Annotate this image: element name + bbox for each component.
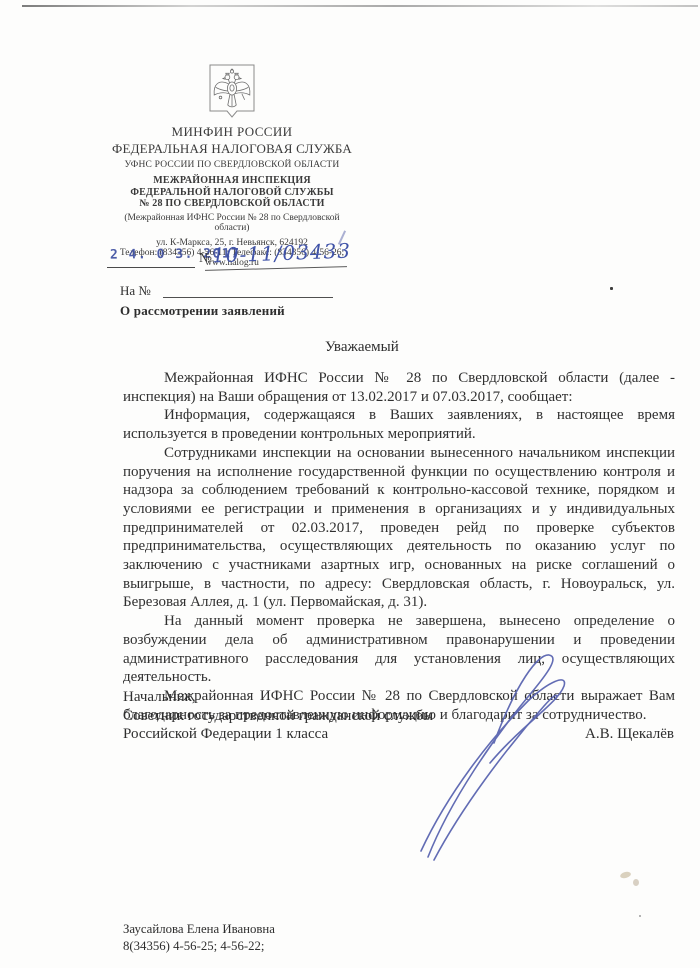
signoff-block: Начальник, Советник государственной граж… xyxy=(123,688,433,744)
signoff-position-line3: Российской Федерации 1 класса xyxy=(123,725,433,744)
paragraph: Сотрудниками инспекции на основании выне… xyxy=(123,444,675,612)
coat-of-arms-icon xyxy=(209,64,255,120)
executor-block: Заусайлова Елена Ивановна 8(34356) 4-56-… xyxy=(123,921,275,955)
scanned-letter-page: МИНФИН РОССИИ ФЕДЕРАЛЬНАЯ НАЛОГОВАЯ СЛУЖ… xyxy=(0,0,700,968)
outgoing-number-handwritten: 10-11/03433 xyxy=(212,239,352,268)
inspection-name-line2: ФЕДЕРАЛЬНОЙ НАЛОГОВОЙ СЛУЖБЫ xyxy=(57,187,407,199)
paragraph: Информация, содержащаяся в Ваших заявлен… xyxy=(123,406,675,443)
signer-name: А.В. Щекалёв xyxy=(585,726,674,743)
scan-speck xyxy=(610,287,613,290)
inspection-name-line1: МЕЖРАЙОННАЯ ИНСПЕКЦИЯ xyxy=(57,175,407,187)
regional-office-name: УФНС РОССИИ ПО СВЕРДЛОВСКОЙ ОБЛАСТИ xyxy=(57,160,407,170)
reply-to-underline xyxy=(163,297,333,298)
ministry-name: МИНФИН РОССИИ xyxy=(57,124,407,140)
date-underline xyxy=(107,267,195,268)
signoff-position-line1: Начальник, xyxy=(123,688,433,707)
handwritten-signature-icon xyxy=(398,645,608,870)
scan-smudge xyxy=(619,871,631,880)
letterhead: МИНФИН РОССИИ ФЕДЕРАЛЬНАЯ НАЛОГОВАЯ СЛУЖ… xyxy=(57,64,407,268)
salutation: Уважаемый xyxy=(325,339,399,356)
inspection-name-line3: № 28 ПО СВЕРДЛОВСКОЙ ОБЛАСТИ xyxy=(57,198,407,210)
paragraph: Межрайонная ИФНС России № 28 по Свердлов… xyxy=(123,369,675,406)
reply-to-label: На № xyxy=(120,283,151,299)
scan-smudge xyxy=(633,879,639,886)
executor-name: Заусайлова Елена Ивановна xyxy=(123,921,275,938)
signoff-position-line2: Советник государственной гражданской слу… xyxy=(123,707,433,726)
service-name: ФЕДЕРАЛЬНАЯ НАЛОГОВАЯ СЛУЖБА xyxy=(57,141,407,157)
executor-phone: 8(34356) 4-56-25; 4-56-22; xyxy=(123,938,275,955)
scan-speck xyxy=(639,915,641,917)
number-sign: № xyxy=(199,250,212,266)
subject-line: О рассмотрении заявлений xyxy=(120,303,285,319)
inspection-short-name: (Межрайонная ИФНС России № 28 по Свердло… xyxy=(107,213,357,234)
scan-edge-artifact xyxy=(22,5,698,7)
